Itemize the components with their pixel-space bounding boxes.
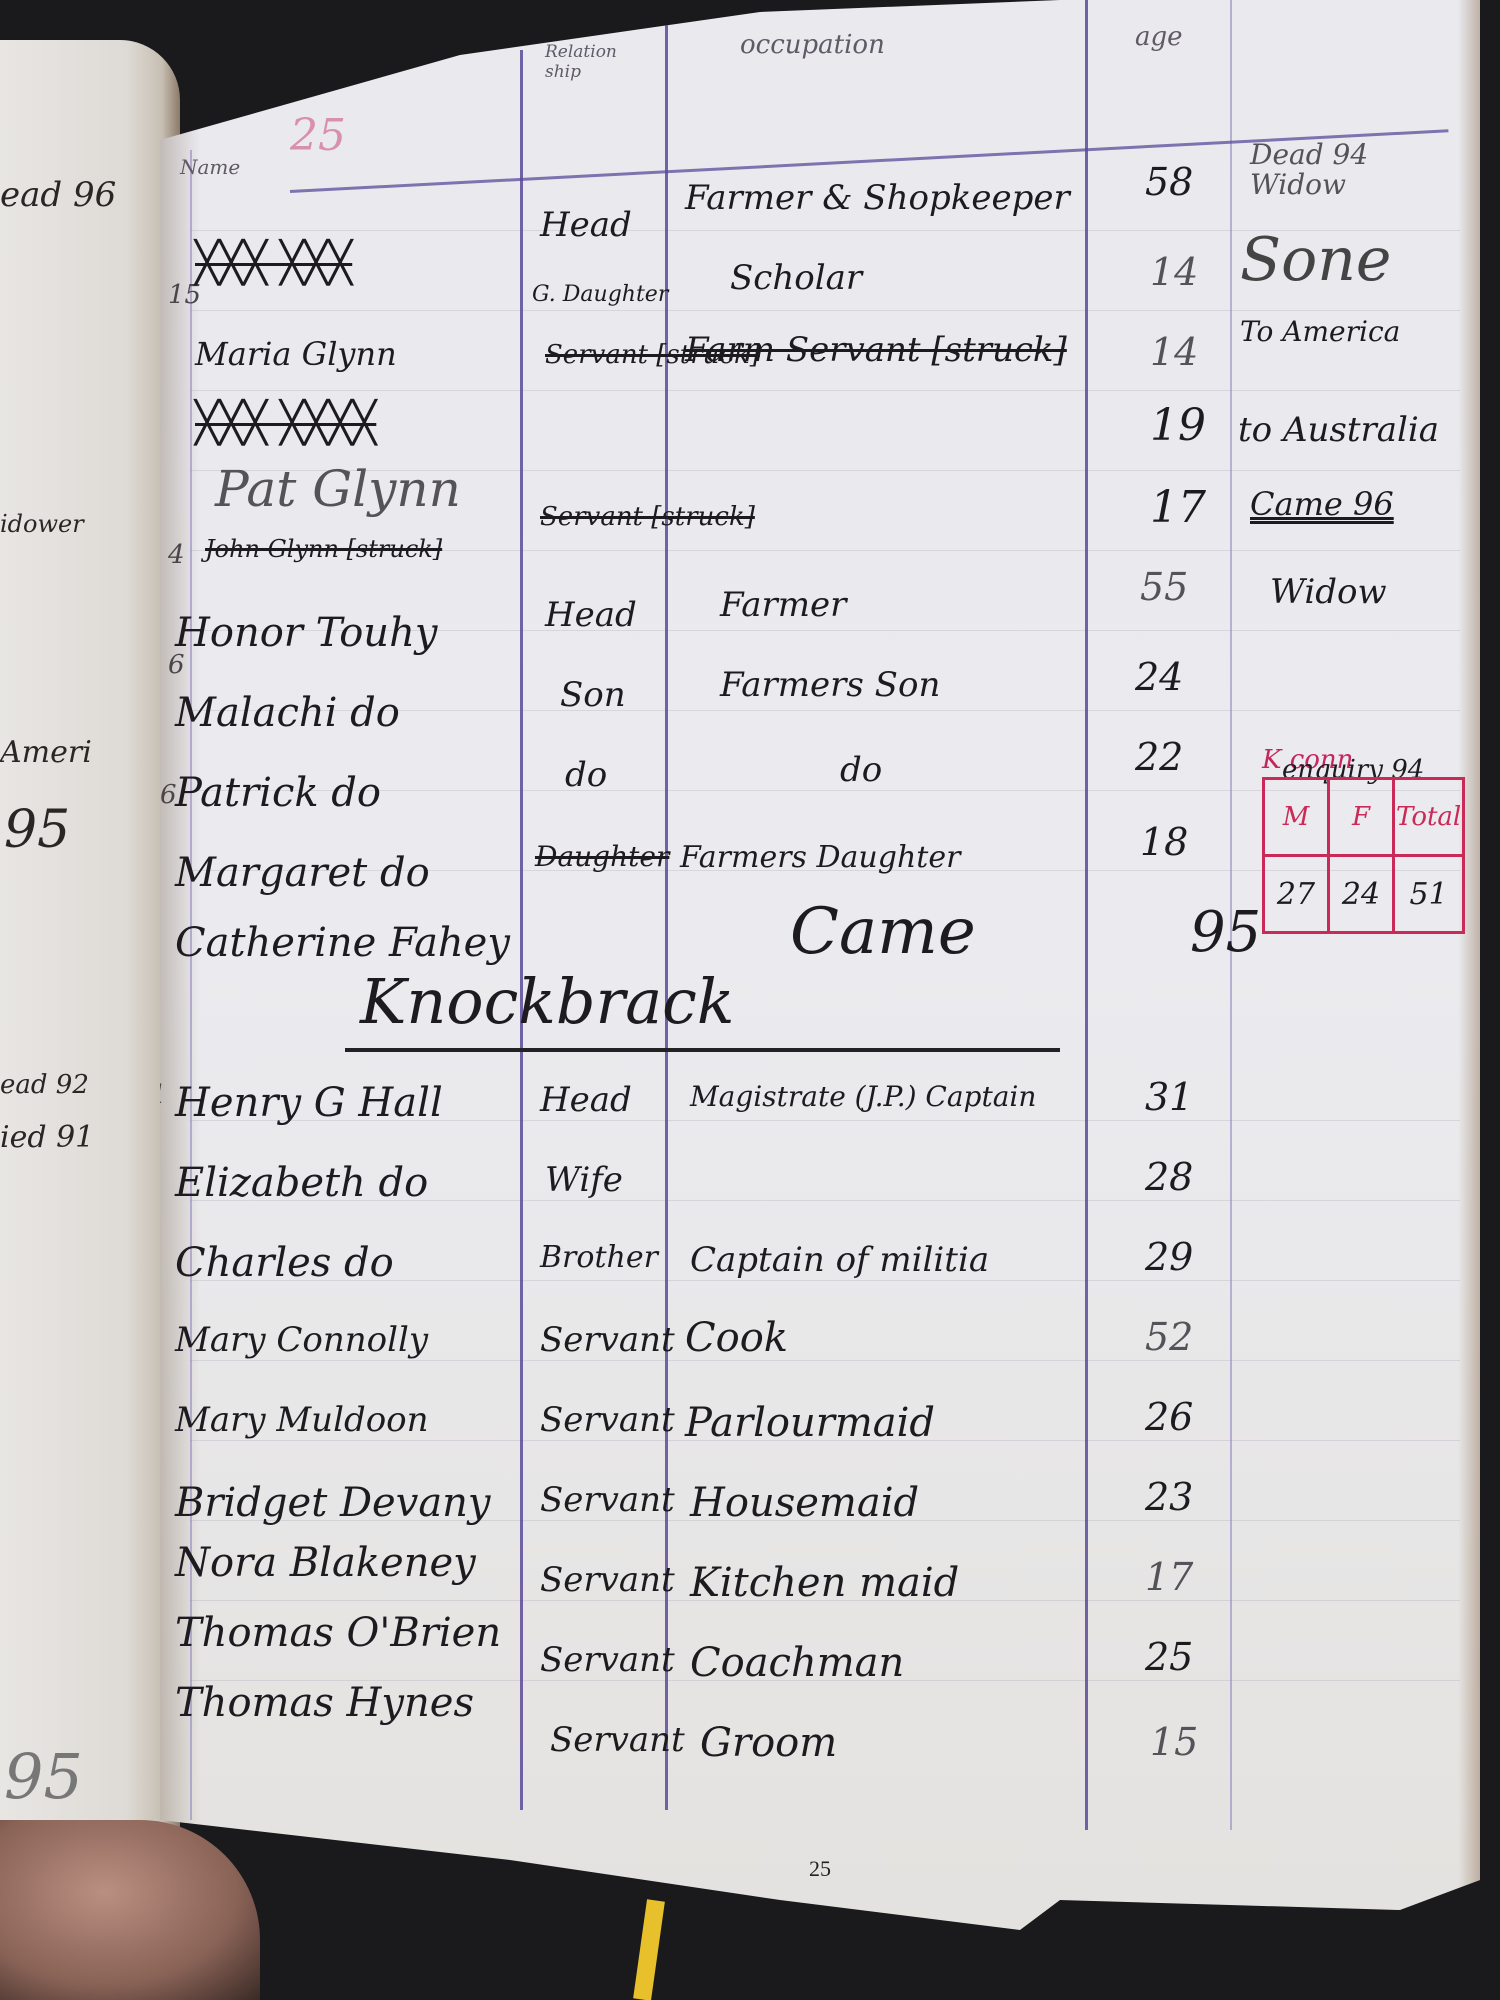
bookmark-ribbon: [633, 1899, 665, 2000]
person-note: Sone: [1240, 225, 1391, 295]
person-relationship: G. Daughter: [532, 282, 668, 307]
person-age: 19: [1150, 400, 1206, 451]
person-age: 24: [1135, 655, 1183, 699]
person-age: 22: [1135, 735, 1183, 779]
person-occupation: Scholar: [730, 258, 862, 298]
person-name: Honor Touhy: [175, 610, 437, 656]
tally-value-total: 51: [1394, 856, 1464, 933]
person-name: ╳╳╳ ╳╳╳╳: [195, 400, 376, 446]
person-age: 15: [1150, 1720, 1198, 1764]
person-name: Malachi do: [175, 690, 400, 736]
person-relationship: Servant: [540, 1320, 675, 1360]
person-occupation: Groom: [700, 1720, 837, 1766]
person-name: Charles do: [175, 1240, 394, 1286]
tally-table: M F Total 27 24 51: [1262, 777, 1465, 934]
person-note: Widow: [1270, 572, 1387, 612]
person-note: Came 96: [1250, 485, 1394, 523]
person-name: Nora Blakeney: [175, 1540, 476, 1586]
section-title: Knockbrack: [360, 965, 734, 1038]
tally-value-male: 27: [1264, 856, 1329, 933]
person-relationship: Daughter: [535, 840, 669, 873]
person-name: Patrick do: [175, 770, 381, 816]
header-occupation: occupation: [740, 30, 885, 60]
person-age: 52: [1145, 1315, 1193, 1359]
left-note: Ameri: [0, 735, 92, 770]
person-age: 18: [1140, 820, 1188, 864]
person-occupation: Coachman: [690, 1640, 904, 1686]
tally-header-male: M: [1264, 779, 1329, 856]
person-note: to Australia: [1238, 410, 1439, 450]
person-name: Mary Connolly: [175, 1320, 428, 1360]
person-age: 17: [1145, 1555, 1193, 1599]
person-relationship: Servant: [540, 1560, 675, 1600]
person-age: 58: [1145, 160, 1193, 204]
person-relationship: Head: [540, 1080, 632, 1120]
person-occupation: Came: [790, 895, 976, 969]
person-name: ╳╳╳ ╳╳╳: [195, 240, 352, 286]
section-underline: [345, 1048, 1060, 1052]
column-line: [520, 50, 523, 1810]
person-name: Bridget Devany: [175, 1480, 491, 1526]
person-name: Elizabeth do: [175, 1160, 428, 1206]
person-name: John Glynn [struck]: [205, 535, 442, 563]
left-note: ead 96: [0, 175, 116, 215]
person-relationship: Servant: [550, 1720, 685, 1760]
ruling: [190, 390, 1460, 391]
column-line: [1085, 0, 1088, 1830]
person-occupation: Farmers Daughter: [680, 840, 960, 875]
thumb: [0, 1820, 260, 2000]
person-age: 23: [1145, 1475, 1193, 1519]
header-name: Name: [180, 155, 240, 179]
person-occupation: Captain of militia: [690, 1240, 989, 1280]
person-occupation: Magistrate (J.P.) Captain: [690, 1080, 1036, 1113]
person-age: 31: [1145, 1075, 1193, 1119]
person-occupation: Farmers Son: [720, 665, 940, 705]
person-occupation: Parlourmaid: [685, 1400, 935, 1446]
person-name: Thomas Hynes: [175, 1680, 474, 1726]
person-occupation: Farm Servant [struck]: [685, 330, 1067, 370]
person-relationship: Servant: [540, 1480, 675, 1520]
person-age: 17: [1150, 482, 1206, 533]
left-note: idower: [0, 510, 84, 538]
person-relationship: Head: [545, 595, 637, 635]
person-age: 14: [1150, 250, 1198, 294]
person-occupation: Farmer: [720, 585, 846, 625]
person-age: 26: [1145, 1395, 1193, 1439]
person-age: 25: [1145, 1635, 1193, 1679]
person-relationship: Head: [540, 205, 632, 245]
person-note: To America: [1240, 315, 1400, 348]
person-relationship: do: [565, 755, 607, 795]
person-note: Dead 94 Widow: [1250, 140, 1440, 200]
tally-box: K conn enquiry 94 M F Total 27 24 51: [1262, 777, 1477, 977]
person-occupation: Kitchen maid: [690, 1560, 959, 1606]
person-occupation: Cook: [685, 1315, 788, 1361]
tally-header-total: Total: [1394, 779, 1464, 856]
person-age: 29: [1145, 1235, 1193, 1279]
person-relationship: Servant: [540, 1400, 675, 1440]
person-name: Pat Glynn: [215, 460, 461, 518]
page-number: 25: [160, 1856, 1480, 1882]
person-occupation: do: [840, 750, 882, 790]
ruling: [190, 1360, 1460, 1361]
margin-number: 4: [168, 540, 185, 570]
left-page: ead 96 idower Ameri 95 ead 92 ied 91 95: [0, 40, 180, 1900]
header-relationship: Relation ship: [545, 42, 655, 82]
person-relationship: Servant: [540, 1640, 675, 1680]
person-age: 28: [1145, 1155, 1193, 1199]
person-occupation: Farmer & Shopkeeper: [685, 178, 1070, 218]
left-note: 95: [4, 1740, 83, 1813]
person-relationship: Wife: [545, 1160, 623, 1200]
person-occupation: Housemaid: [690, 1480, 919, 1526]
person-name: Maria Glynn: [195, 335, 397, 373]
person-name: Henry G Hall: [175, 1080, 443, 1126]
person-relationship: Brother: [540, 1240, 658, 1275]
tally-header-female: F: [1329, 779, 1394, 856]
left-note: ead 92: [0, 1070, 89, 1100]
person-relationship: Son: [560, 675, 626, 715]
person-name: Catherine Fahey: [175, 920, 510, 966]
pencil-page-number: 25: [290, 110, 346, 161]
ruling: [190, 310, 1460, 311]
person-name: Margaret do: [175, 850, 430, 896]
person-relationship: Servant [struck]: [540, 502, 755, 532]
left-note: ied 91: [0, 1120, 94, 1155]
left-note: 95: [4, 800, 70, 860]
person-age: 55: [1140, 565, 1188, 609]
header-age: age: [1135, 22, 1183, 52]
person-age: 95: [1190, 900, 1261, 965]
tally-value-female: 24: [1329, 856, 1394, 933]
person-name: Thomas O'Brien: [175, 1610, 501, 1656]
person-name: Mary Muldoon: [175, 1400, 429, 1440]
person-age: 14: [1150, 330, 1198, 374]
